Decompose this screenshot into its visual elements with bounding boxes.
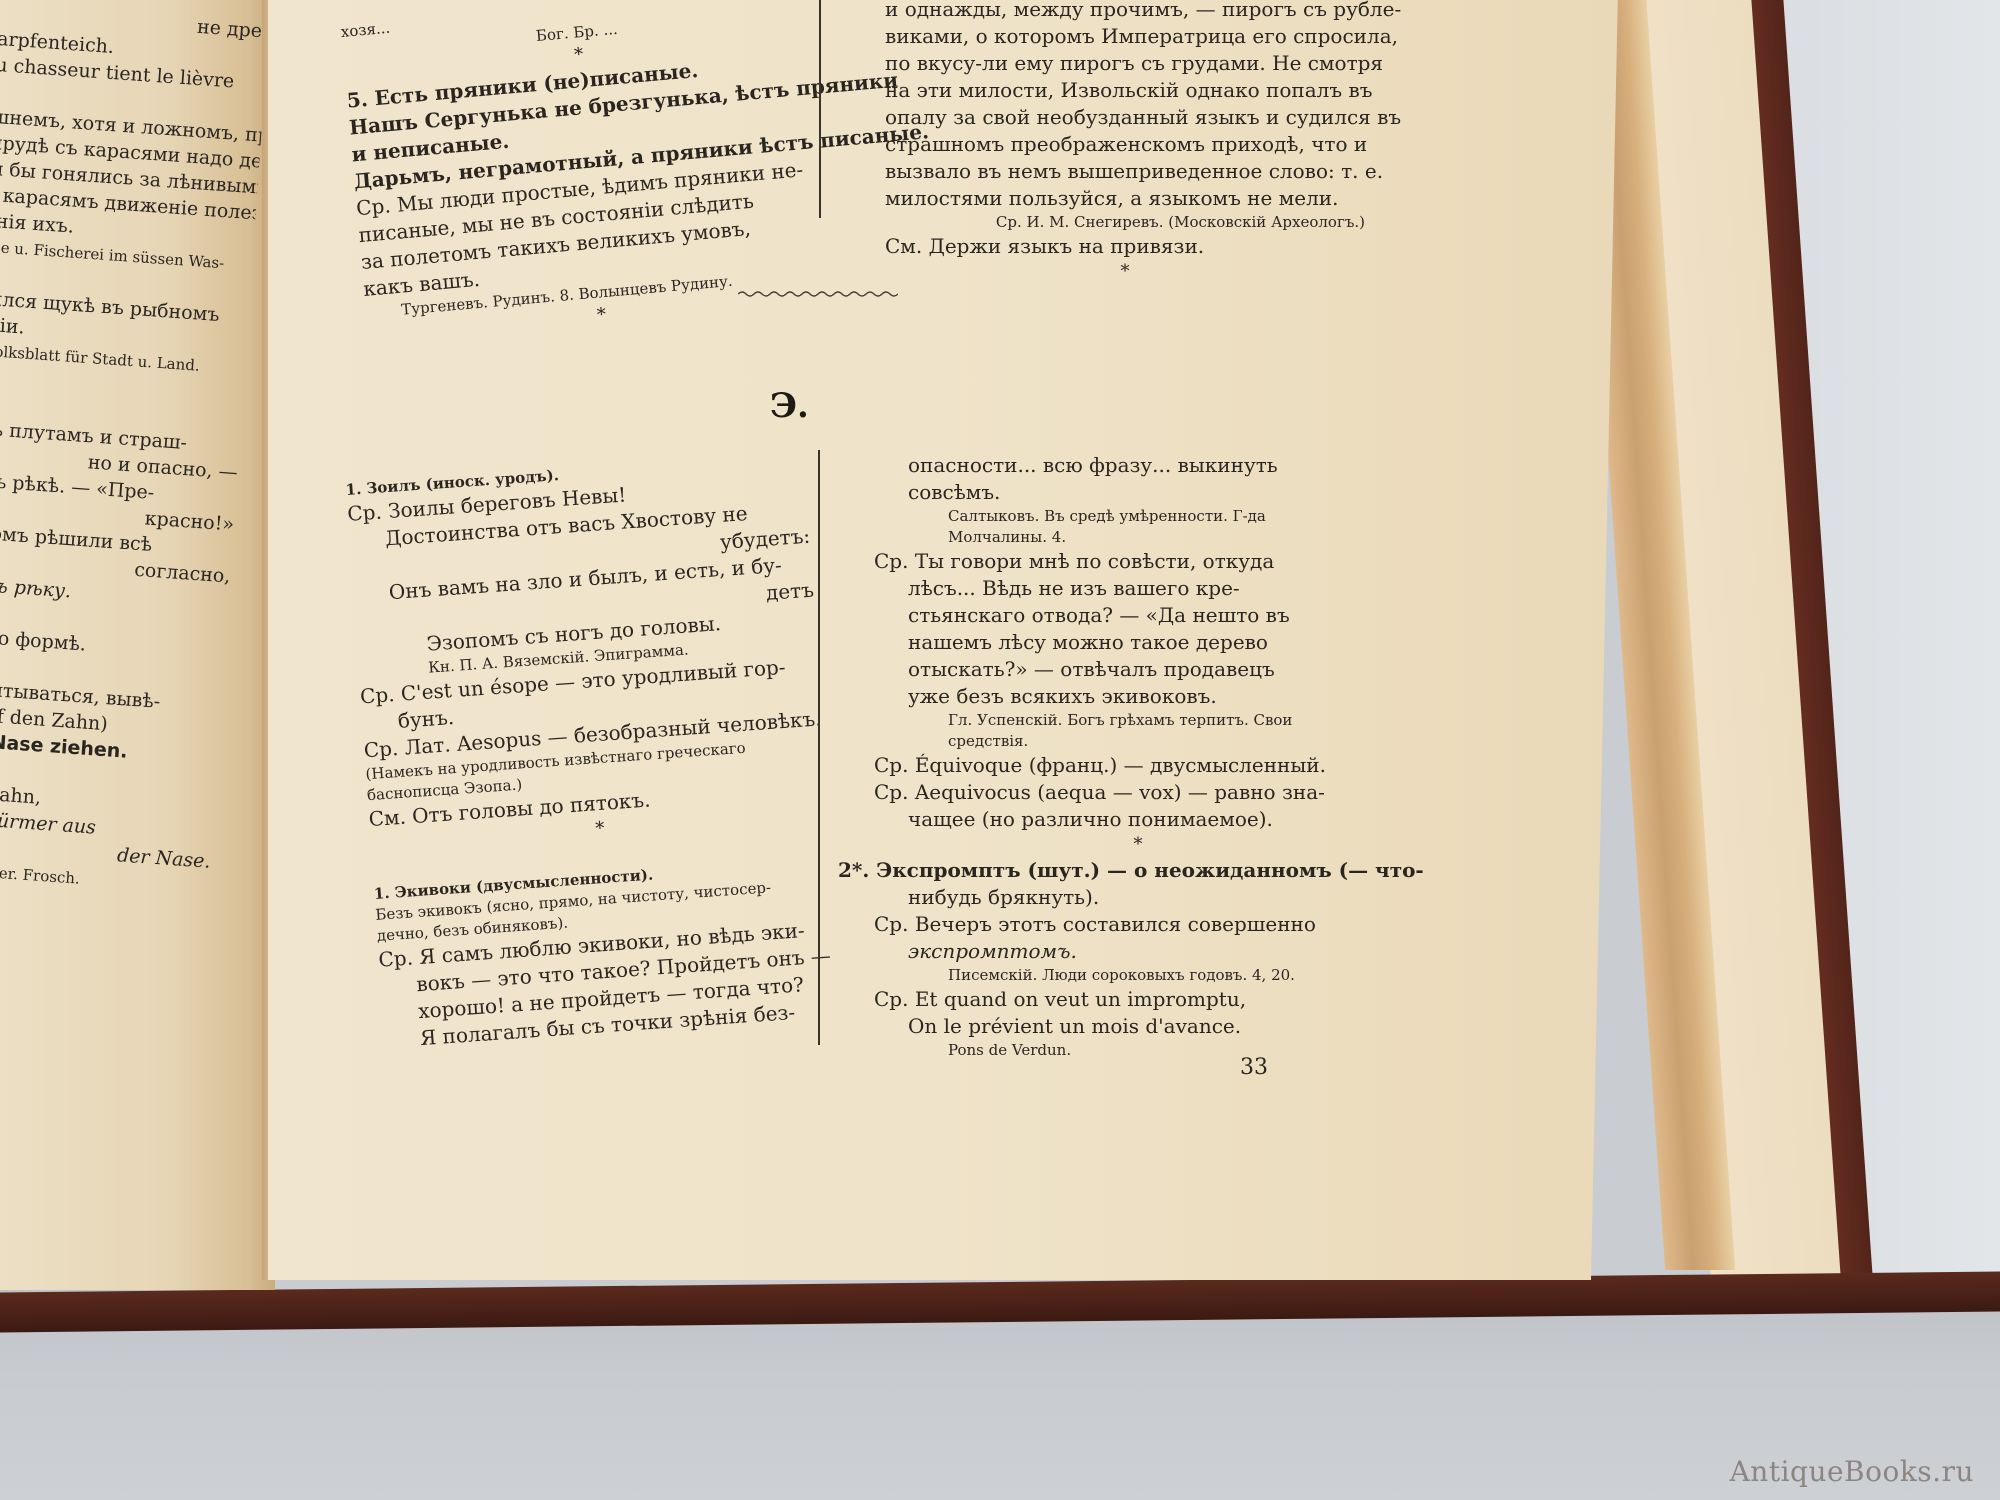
text-line: чащее (но различно понимаемое). — [838, 806, 1438, 833]
left-page-text: не дре-arpfenteich.u chasseur tient le l… — [0, 0, 269, 978]
text-line: Ср. Équivoque (франц.) — двусмысленный. — [838, 752, 1438, 779]
text-line: совсѣмъ. — [838, 479, 1438, 506]
text-line: опалу за свой необузданный языкъ и судил… — [885, 104, 1365, 131]
text-line: Молчалины. 4. — [838, 527, 1438, 548]
top-right-column: и однажды, между прочимъ, — пирогъ съ ру… — [885, 0, 1365, 284]
text-line: Ср. И. М. Снегиревъ. (Московскій Археоло… — [885, 212, 1365, 233]
text-line: Ср. Et quand on veut un impromptu, — [838, 986, 1438, 1013]
text-line: по вкусу-ли ему пирогъ съ грудами. Не см… — [885, 50, 1365, 77]
text-line: стьянскаго отвода? — «Да нешто въ — [838, 602, 1438, 629]
page-number: 33 — [1240, 1055, 1268, 1080]
text-line: Pons de Verdun. — [838, 1040, 1438, 1061]
main-left-column: 1. Зоилъ (иноск. уродъ).Ср. Зоилы берего… — [345, 448, 844, 1055]
text-line: См. Держи языкъ на привязи. — [885, 233, 1365, 260]
text-line: виками, о которомъ Императрица его спрос… — [885, 23, 1365, 50]
book-photo: не дре-arpfenteich.u chasseur tient le l… — [0, 0, 2000, 1500]
section-asterisk: * — [838, 833, 1438, 857]
watermark: AntiqueBooks.ru — [1730, 1455, 1974, 1488]
text-line: на эти милости, Извольскій однако попалъ… — [885, 77, 1365, 104]
text-line: и однажды, между прочимъ, — пирогъ съ ру… — [885, 0, 1365, 23]
left-page: не дре-arpfenteich.u chasseur tient le l… — [0, 0, 275, 1290]
text-line: Ср. Вечеръ этотъ составился совершенно — [838, 911, 1438, 938]
section-asterisk: * — [885, 260, 1365, 284]
text-line: Ср. Ты говори мнѣ по совѣсти, откуда — [838, 548, 1438, 575]
text-line: Салтыковъ. Въ средѣ умѣренности. Г-да — [838, 506, 1438, 527]
text-line: средствія. — [838, 731, 1438, 752]
column-divider-top — [819, 0, 821, 218]
text-line: страшномъ преображенскомъ приходѣ, что и — [885, 131, 1365, 158]
main-right-column: опасности... всю фразу... выкинутьсовсѣм… — [838, 452, 1438, 1061]
text-line: Писемскій. Люди сороковыхъ годовъ. 4, 20… — [838, 965, 1438, 986]
text-line: уже безъ всякихъ экивоковъ. — [838, 683, 1438, 710]
text-line: милостями пользуйся, а языкомъ не мели. — [885, 185, 1365, 212]
text-line: опасности... всю фразу... выкинуть — [838, 452, 1438, 479]
section-divider-ornament — [738, 290, 898, 298]
column-divider-main — [818, 450, 820, 1045]
text-line: вызвало въ немъ вышеприведенное слово: т… — [885, 158, 1365, 185]
text-line: экспромптомъ. — [838, 938, 1438, 965]
text-line: On le prévient un mois d'avance. — [838, 1013, 1438, 1040]
text-line: нашемъ лѣсу можно такое дерево — [838, 629, 1438, 656]
text-line: отыскать?» — отвѣчалъ продавецъ — [838, 656, 1438, 683]
text-line: Ср. Aequivocus (aequa — vox) — равно зна… — [838, 779, 1438, 806]
text-line: лѣсъ... Вѣдь не изъ вашего кре- — [838, 575, 1438, 602]
text-line: Гл. Успенскій. Богъ грѣхамъ терпитъ. Сво… — [838, 710, 1438, 731]
section-letter-heading: Э. — [770, 386, 809, 426]
text-line: 2*. Экспромптъ (шут.) — о неожиданномъ (… — [838, 857, 1438, 884]
text-line: нибудь брякнуть). — [838, 884, 1438, 911]
